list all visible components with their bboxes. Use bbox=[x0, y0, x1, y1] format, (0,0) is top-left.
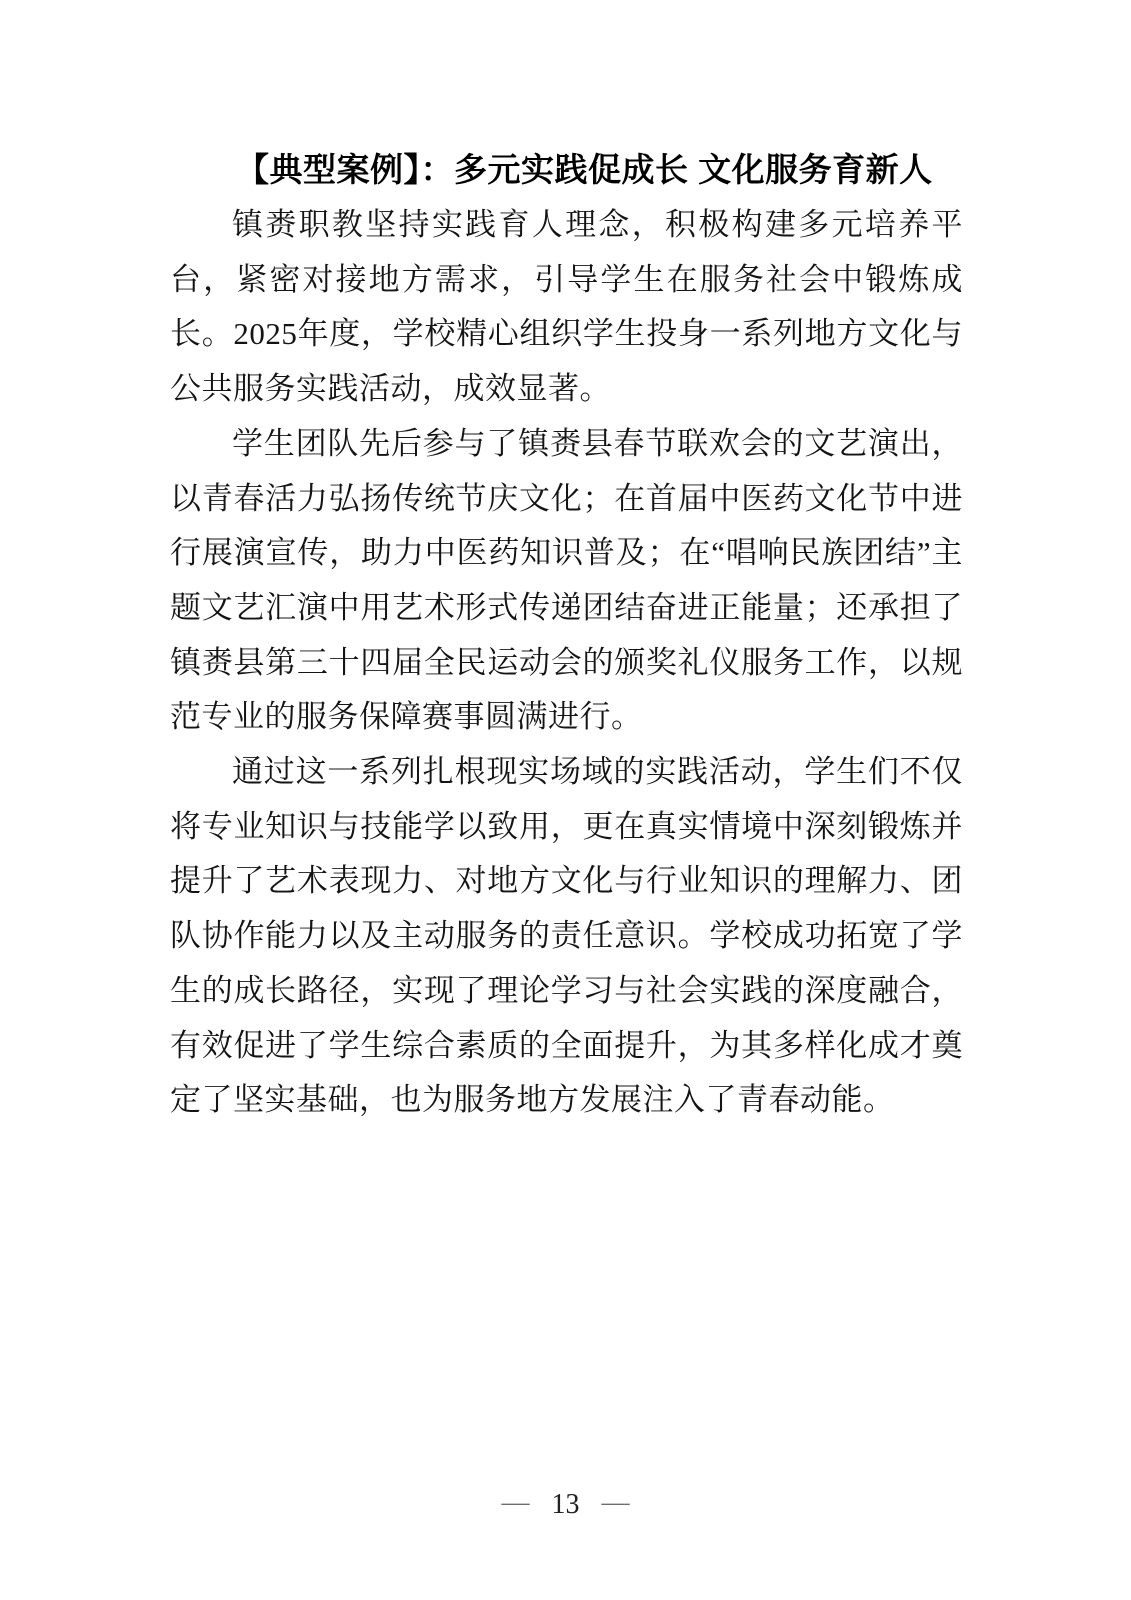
footer-left-dash: — bbox=[502, 1486, 530, 1520]
paragraph-overview: 镇赉职教坚持实践育人理念，积极构建多元培养平台，紧密对接地方需求，引导学生在服务… bbox=[170, 198, 963, 417]
page-number: 13 bbox=[552, 1488, 580, 1522]
page-footer: —13— bbox=[0, 1488, 1131, 1522]
case-study-title: 【典型案例】：多元实践促成长 文化服务育新人 bbox=[170, 142, 963, 198]
footer-right-dash: — bbox=[602, 1486, 630, 1520]
paragraph-outcomes: 通过这一系列扎根现实场域的实践活动，学生们不仅将专业知识与技能学以致用，更在真实… bbox=[170, 745, 963, 1128]
paragraph-activities: 学生团队先后参与了镇赉县春节联欢会的文艺演出，以青春活力弘扬传统节庆文化；在首届… bbox=[170, 417, 963, 745]
document-page: 【典型案例】：多元实践促成长 文化服务育新人 镇赉职教坚持实践育人理念，积极构建… bbox=[0, 0, 1131, 1600]
document-body: 【典型案例】：多元实践促成长 文化服务育新人 镇赉职教坚持实践育人理念，积极构建… bbox=[170, 142, 963, 1128]
